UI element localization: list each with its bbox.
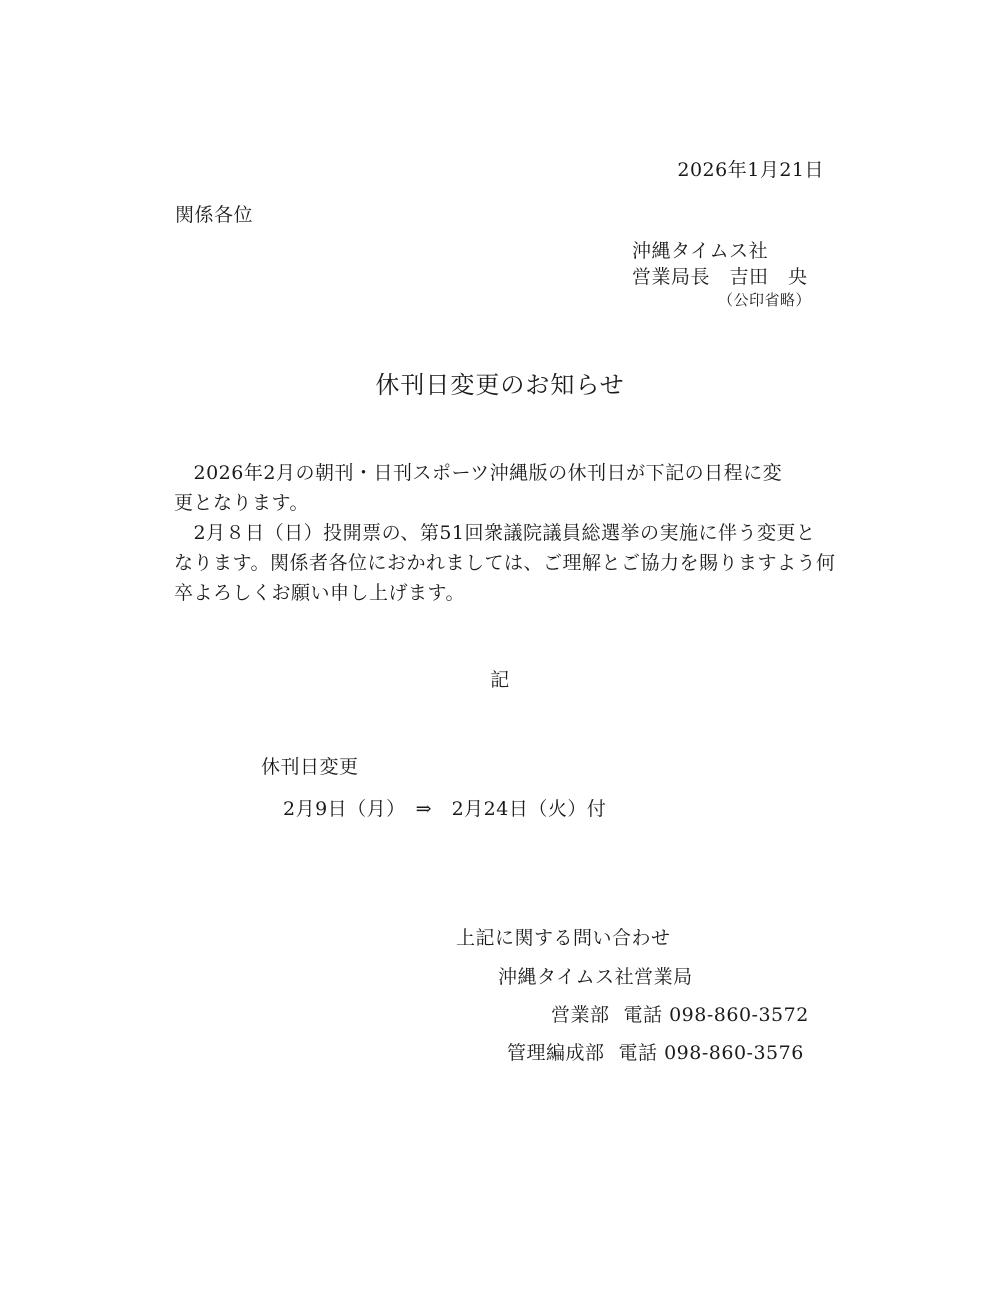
- body-line: 2026年2月の朝刊・日刊スポーツ沖縄版の休刊日が下記の日程に変: [174, 458, 834, 488]
- sender-company: 沖縄タイムス社: [632, 238, 808, 264]
- contact-line-sales: 営業部電話 098-860-3572: [551, 1003, 809, 1027]
- body-line: 更となります。: [174, 488, 834, 518]
- document-title: 休刊日変更のお知らせ: [0, 370, 1000, 400]
- body-line: なります。関係者各位におかれましては、ご理解とご協力を賜りますよう何: [174, 548, 834, 578]
- ki-heading: 記: [0, 668, 1000, 692]
- body-text: 2026年2月の朝刊・日刊スポーツ沖縄版の休刊日が下記の日程に変 更となります。…: [174, 458, 834, 608]
- document-page: 2026年1月21日 関係各位 沖縄タイムス社 営業局長 吉田 央 （公印省略）…: [0, 0, 1000, 1294]
- body-paragraph-1: 2026年2月の朝刊・日刊スポーツ沖縄版の休刊日が下記の日程に変 更となります。: [174, 458, 834, 518]
- phone-label: 電話: [619, 1042, 658, 1064]
- addressee: 関係各位: [175, 203, 253, 227]
- sender-title-name: 営業局長 吉田 央: [632, 264, 808, 290]
- contact-heading: 上記に関する問い合わせ: [456, 926, 671, 950]
- phone-number: 098-860-3576: [664, 1042, 804, 1064]
- contact-department: 管理編成部: [507, 1042, 605, 1064]
- phone-number: 098-860-3572: [669, 1004, 809, 1026]
- change-value: 2月9日（月） ⇒ 2月24日（火）付: [283, 797, 606, 821]
- body-line: 2月８日（日）投開票の、第51回衆議院議員総選挙の実施に伴う変更と: [174, 518, 834, 548]
- sender-block: 沖縄タイムス社 営業局長 吉田 央: [632, 238, 808, 290]
- phone-label: 電話: [624, 1004, 663, 1026]
- contact-department: 営業部: [551, 1004, 610, 1026]
- body-line: 卒よろしくお願い申し上げます。: [174, 578, 834, 608]
- change-label: 休刊日変更: [261, 755, 359, 779]
- body-paragraph-2: 2月８日（日）投開票の、第51回衆議院議員総選挙の実施に伴う変更と なります。関…: [174, 518, 834, 608]
- document-date: 2026年1月21日: [677, 158, 824, 182]
- contact-organization: 沖縄タイムス社営業局: [498, 965, 693, 989]
- seal-omitted-note: （公印省略）: [718, 290, 811, 310]
- contact-line-management: 管理編成部電話 098-860-3576: [507, 1041, 804, 1065]
